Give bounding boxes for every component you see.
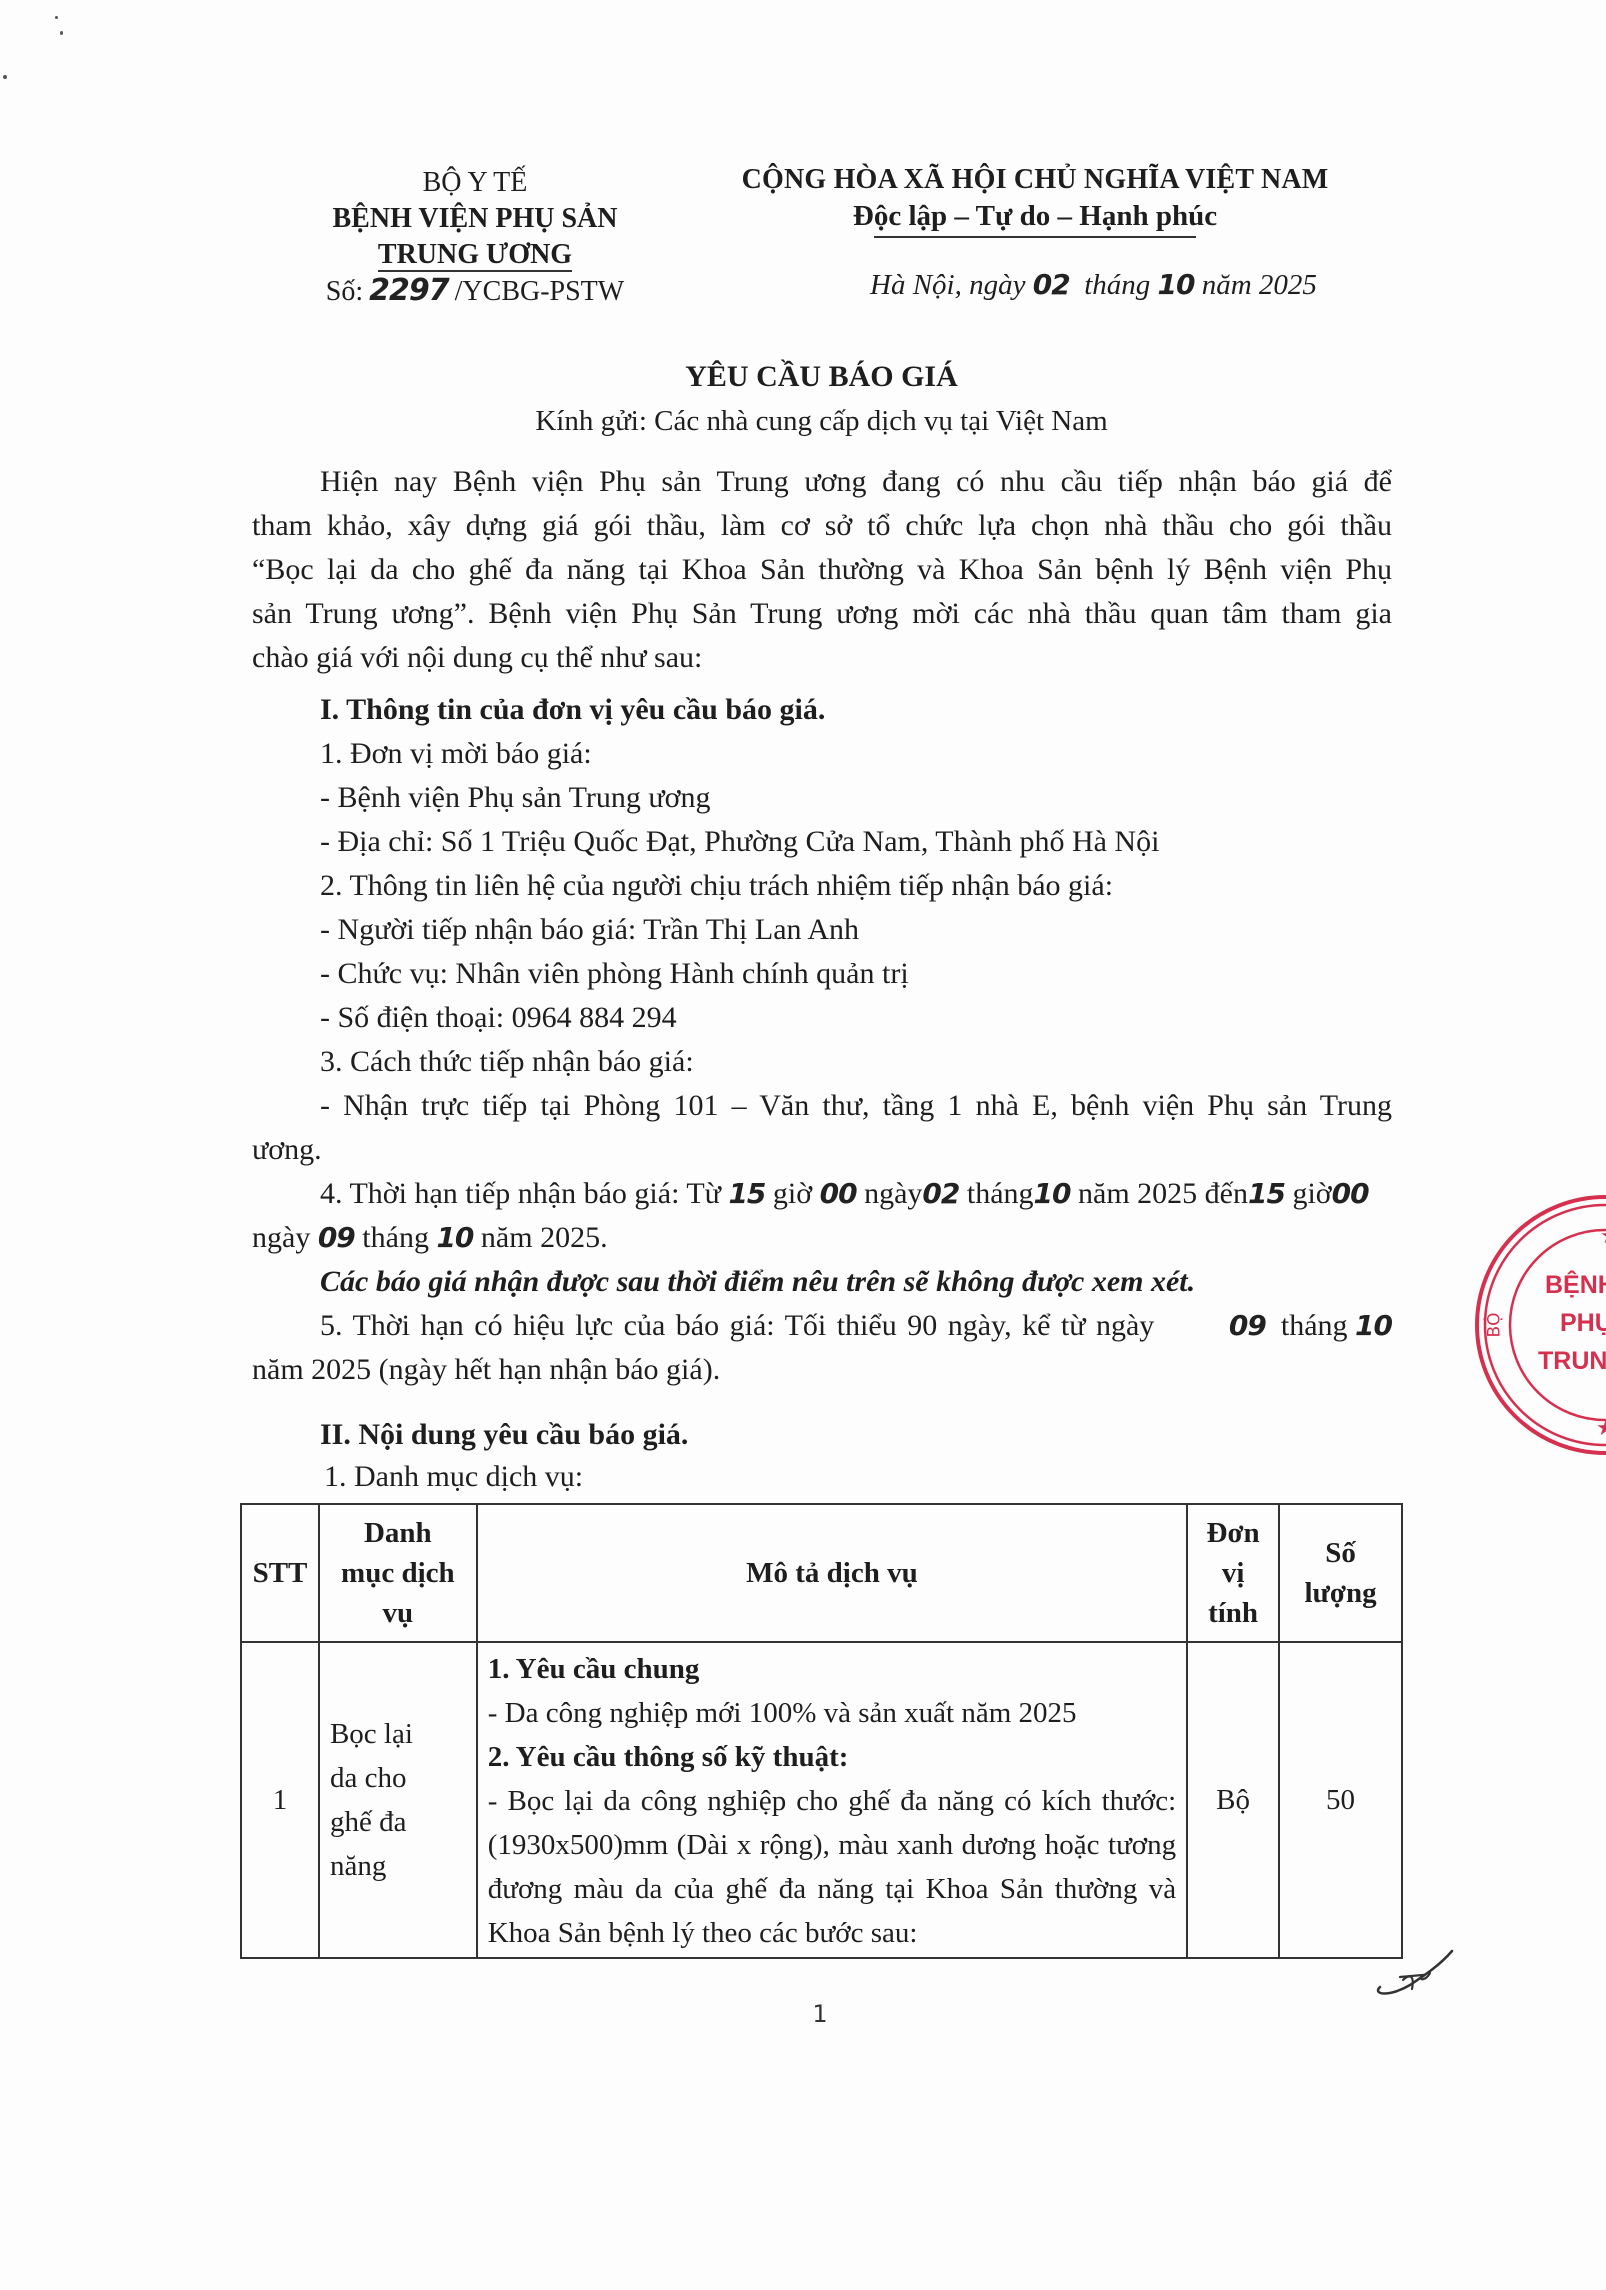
svg-text:★: ★ (1596, 1416, 1606, 1441)
recipient-line: Kính gửi: Các nhà cung cấp dịch vụ tại V… (240, 405, 1403, 438)
header-category-line: mục dịch (330, 1553, 466, 1593)
desc-technical-paragraph: - Bọc lại da công nghiệp cho ghế đa năng… (488, 1779, 1176, 1955)
item-2-person: - Người tiếp nhận báo giá: Trần Thị Lan … (252, 908, 1392, 952)
document-number: Số:2297/YCBG-PSTW (255, 273, 695, 310)
handwritten-day-start: 02 (922, 1177, 959, 1210)
header-left: BỘ Y TẾ BỆNH VIỆN PHỤ SẢN TRUNG ƯƠNG Số:… (255, 165, 695, 310)
desc-general-item: - Da công nghiệp mới 100% và sản xuất nă… (488, 1691, 1176, 1735)
item-4-text: năm 2025 đến (1078, 1177, 1248, 1210)
item-2-label: 2. Thông tin liên hệ của người chịu trác… (252, 864, 1392, 908)
official-seal-stamp: ★ ★ BỘ BỆNH PHỤ S TRUNG (1440, 1185, 1606, 1465)
handwritten-hour-end: 15 (1248, 1177, 1285, 1210)
header-category: Danh mục dịch vụ (319, 1504, 477, 1642)
hospital-name-line2-wrap: TRUNG ƯƠNG (255, 237, 695, 273)
cell-stt: 1 (241, 1642, 319, 1958)
header-unit: Đơn vị tính (1187, 1504, 1279, 1642)
header-quantity-line: Số (1290, 1533, 1391, 1573)
item-5-text: tháng (1281, 1309, 1348, 1342)
scan-speck (60, 31, 63, 35)
svg-text:★: ★ (1600, 1224, 1606, 1249)
doc-number-prefix: Số: (326, 276, 363, 307)
header-quantity: Số lượng (1279, 1504, 1402, 1642)
date-prefix: Hà Nội, ngày (870, 269, 1025, 301)
national-title: CỘNG HÒA XÃ HỘI CHỦ NGHĨA VIỆT NAM (705, 162, 1365, 198)
item-4-text: 4. Thời hạn tiếp nhận báo giá: Từ (320, 1177, 721, 1210)
item-5-line2: năm 2025 (ngày hết hạn nhận báo giá). (252, 1348, 1392, 1392)
scan-speck (3, 75, 7, 79)
intro-paragraph: Hiện nay Bệnh viện Phụ sản Trung ương đa… (252, 460, 1392, 680)
handwritten-minute-end: 00 (1332, 1177, 1369, 1210)
item-3-line2: ương. (252, 1128, 1392, 1172)
date-month-label: tháng (1084, 269, 1150, 301)
date-year-label: năm 2025 (1202, 269, 1317, 301)
header-unit-line: Đơn (1198, 1513, 1268, 1553)
handwritten-month-end: 10 (436, 1221, 473, 1254)
date-day: 02 (1033, 268, 1070, 301)
seal-line1: BỆNH (1545, 1271, 1606, 1300)
desc-heading-general: 1. Yêu cầu chung (488, 1647, 1176, 1691)
doc-number-handwritten: 2297 (369, 273, 449, 308)
scan-speck (55, 16, 58, 19)
category-line: da cho (330, 1756, 466, 1800)
item-5-line1: 5. Thời hạn có hiệu lực của báo giá: Tối… (252, 1304, 1392, 1348)
hospital-name-line1: BỆNH VIỆN PHỤ SẢN (255, 201, 695, 237)
intro-line: chào giá với nội dung cụ thể như sau: (252, 636, 1392, 680)
item-4-text: tháng (967, 1177, 1034, 1210)
cell-unit: Bộ (1187, 1642, 1279, 1958)
item-4-line2: ngày 09 tháng 10 năm 2025. (252, 1216, 1392, 1260)
cell-description: 1. Yêu cầu chung - Da công nghiệp mới 10… (477, 1642, 1187, 1958)
section-2: II. Nội dung yêu cầu báo giá. 1. Danh mụ… (252, 1413, 1392, 1497)
item-4-text: tháng (362, 1221, 429, 1254)
handwritten-validity-day: 09 (1229, 1309, 1266, 1342)
seal-side-text: BỘ (1485, 1312, 1505, 1337)
handwritten-minute-start: 00 (820, 1177, 857, 1210)
section-1-heading: I. Thông tin của đơn vị yêu cầu báo giá. (252, 688, 1392, 732)
doc-number-suffix: /YCBG-PSTW (455, 276, 625, 307)
page-number: 1 (780, 2000, 860, 2028)
header-quantity-line: lượng (1290, 1573, 1391, 1613)
header-description: Mô tả dịch vụ (477, 1504, 1187, 1642)
category-line: năng (330, 1844, 466, 1888)
table-header-row: STT Danh mục dịch vụ Mô tả dịch vụ Đơn v… (241, 1504, 1402, 1642)
service-table: STT Danh mục dịch vụ Mô tả dịch vụ Đơn v… (240, 1503, 1403, 1959)
hospital-name-line2: TRUNG ƯƠNG (378, 239, 572, 272)
item-2-phone: - Số điện thoại: 0964 884 294 (252, 996, 1392, 1040)
handwritten-day-end: 09 (318, 1221, 355, 1254)
item-1-name: - Bệnh viện Phụ sản Trung ương (252, 776, 1392, 820)
national-motto: Độc lập – Tự do – Hạnh phúc (705, 198, 1365, 234)
intro-line: sản Trung ương”. Bệnh viện Phụ Sản Trung… (252, 592, 1392, 636)
item-4-text: ngày (252, 1221, 310, 1254)
item-4-text: giờ (1292, 1177, 1331, 1210)
initials-signature-icon (1370, 1945, 1460, 2005)
header-unit-line: vị (1198, 1553, 1268, 1593)
intro-line: tham khảo, xây dựng giá gói thầu, làm cơ… (252, 504, 1392, 548)
header-right: CỘNG HÒA XÃ HỘI CHỦ NGHĨA VIỆT NAM Độc l… (705, 162, 1365, 238)
intro-line: “Bọc lại da cho ghế đa năng tại Khoa Sản… (252, 548, 1392, 592)
seal-line3: TRUNG (1538, 1347, 1606, 1376)
item-3-line1: - Nhận trực tiếp tại Phòng 101 – Văn thư… (252, 1084, 1392, 1128)
cell-quantity: 50 (1279, 1642, 1402, 1958)
item-1-address: - Địa chỉ: Số 1 Triệu Quốc Đạt, Phường C… (252, 820, 1392, 864)
item-2-position: - Chức vụ: Nhân viên phòng Hành chính qu… (252, 952, 1392, 996)
document-title: YÊU CẦU BÁO GIÁ (240, 360, 1403, 394)
intro-line: Hiện nay Bệnh viện Phụ sản Trung ương đa… (252, 460, 1392, 504)
category-line: ghế đa (330, 1800, 466, 1844)
item-4-text: năm 2025. (481, 1221, 608, 1254)
header-unit-line: tính (1198, 1593, 1268, 1633)
cell-category: Bọc lại da cho ghế đa năng (319, 1642, 477, 1958)
date-month: 10 (1158, 268, 1195, 301)
seal-line2: PHỤ S (1560, 1309, 1606, 1338)
category-line: Bọc lại (330, 1712, 466, 1756)
table-row: 1 Bọc lại da cho ghế đa năng 1. Yêu cầu … (241, 1642, 1402, 1958)
motto-underline (874, 236, 1196, 238)
item-3-label: 3. Cách thức tiếp nhận báo giá: (252, 1040, 1392, 1084)
handwritten-validity-month: 10 (1355, 1309, 1392, 1342)
section-2-heading: II. Nội dung yêu cầu báo giá. (252, 1413, 1392, 1457)
service-list-label: 1. Danh mục dịch vụ: (252, 1457, 1392, 1497)
item-5-text: 5. Thời hạn có hiệu lực của báo giá: Tối… (320, 1304, 1154, 1348)
item-4-text: ngày (864, 1177, 922, 1210)
issue-date: Hà Nội, ngày 02 tháng 10 năm 2025 (870, 268, 1317, 302)
item-4-text: giờ (773, 1177, 812, 1210)
header-category-line: Danh (330, 1513, 466, 1553)
header-category-line: vụ (330, 1593, 466, 1633)
header-stt: STT (241, 1504, 319, 1642)
handwritten-month-start: 10 (1034, 1177, 1071, 1210)
item-4-line1: 4. Thời hạn tiếp nhận báo giá: Từ 15 giờ… (252, 1172, 1392, 1216)
section-1: I. Thông tin của đơn vị yêu cầu báo giá.… (252, 688, 1392, 1392)
ministry-name: BỘ Y TẾ (255, 165, 695, 201)
handwritten-hour-start: 15 (728, 1177, 765, 1210)
desc-heading-technical: 2. Yêu cầu thông số kỹ thuật: (488, 1735, 1176, 1779)
late-submission-notice: Các báo giá nhận được sau thời điểm nêu … (252, 1260, 1392, 1304)
item-1-label: 1. Đơn vị mời báo giá: (252, 732, 1392, 776)
